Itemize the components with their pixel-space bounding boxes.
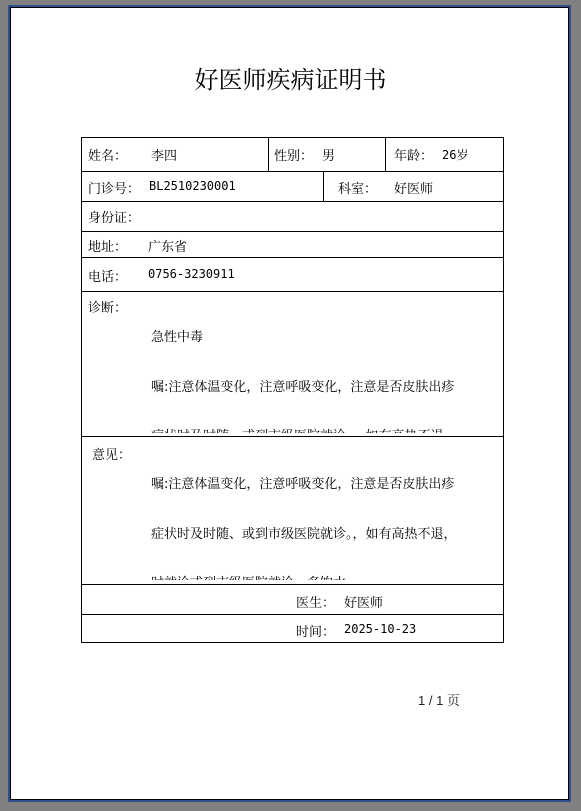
diagnosis-label: 诊断： — [88, 297, 127, 316]
opinion-content: 嘱:注意体温变化，注意呼吸变化，注意是否皮肤出疹 症状时及时随、或到市级医院就诊… — [151, 444, 502, 580]
patient-age: 26岁 — [442, 146, 468, 163]
date-label: 时间： — [296, 621, 335, 640]
table-col-divider — [268, 137, 269, 171]
opinion-line: 时就诊或到市级医院就诊。多饮水 — [151, 576, 502, 580]
phone-label: 电话： — [88, 266, 127, 285]
table-col-divider — [323, 171, 324, 201]
table-border-left — [81, 137, 82, 643]
patient-name: 李四 — [151, 145, 177, 164]
address: 广东省 — [148, 236, 187, 255]
clinic-no-label: 门诊号： — [88, 178, 140, 197]
table-row-divider — [81, 171, 504, 172]
table-row-divider — [81, 201, 504, 202]
doctor-name: 好医师 — [344, 592, 383, 611]
age-label: 年龄： — [394, 145, 433, 164]
opinion-line: 症状时及时随、或到市级医院就诊。，如有高热不退， — [151, 527, 502, 544]
diagnosis-content: 急性中毒 嘱:注意体温变化，注意呼吸变化，注意是否皮肤出疹 症状时及时随、或到市… — [151, 297, 502, 433]
clinic-no: BL2510230001 — [149, 179, 236, 193]
address-label: 地址： — [88, 236, 127, 255]
id-card-label: 身份证： — [88, 207, 140, 226]
diagnosis-line: 嘱:注意体温变化，注意呼吸变化，注意是否皮肤出疹 — [151, 380, 502, 397]
table-row-divider — [81, 231, 504, 232]
diagnosis-line: 症状时及时随、或到市级医院就诊。，如有高热不退， — [151, 429, 502, 433]
table-col-divider — [385, 137, 386, 171]
patient-gender: 男 — [322, 145, 335, 164]
opinion-line: 嘱:注意体温变化，注意呼吸变化，注意是否皮肤出疹 — [151, 477, 502, 494]
name-label: 姓名： — [88, 145, 127, 164]
opinion-label: 意见： — [92, 444, 131, 463]
gender-label: 性别： — [274, 145, 313, 164]
page-indicator: 1 / 1 页 — [418, 690, 460, 709]
document-title: 好医师疾病证明书 — [0, 60, 581, 95]
department: 好医师 — [394, 178, 433, 197]
date-value: 2025-10-23 — [344, 622, 416, 636]
table-border-bottom — [81, 642, 504, 643]
doctor-label: 医生： — [296, 592, 335, 611]
department-label: 科室： — [338, 178, 377, 197]
phone: 0756-3230911 — [148, 267, 235, 281]
table-row-divider — [81, 436, 504, 437]
table-row-divider — [81, 584, 504, 585]
table-border-right — [503, 137, 504, 643]
table-row-divider — [81, 291, 504, 292]
table-row-divider — [81, 614, 504, 615]
table-border-top — [81, 137, 504, 138]
diagnosis-name: 急性中毒 — [151, 330, 502, 347]
table-row-divider — [81, 257, 504, 258]
